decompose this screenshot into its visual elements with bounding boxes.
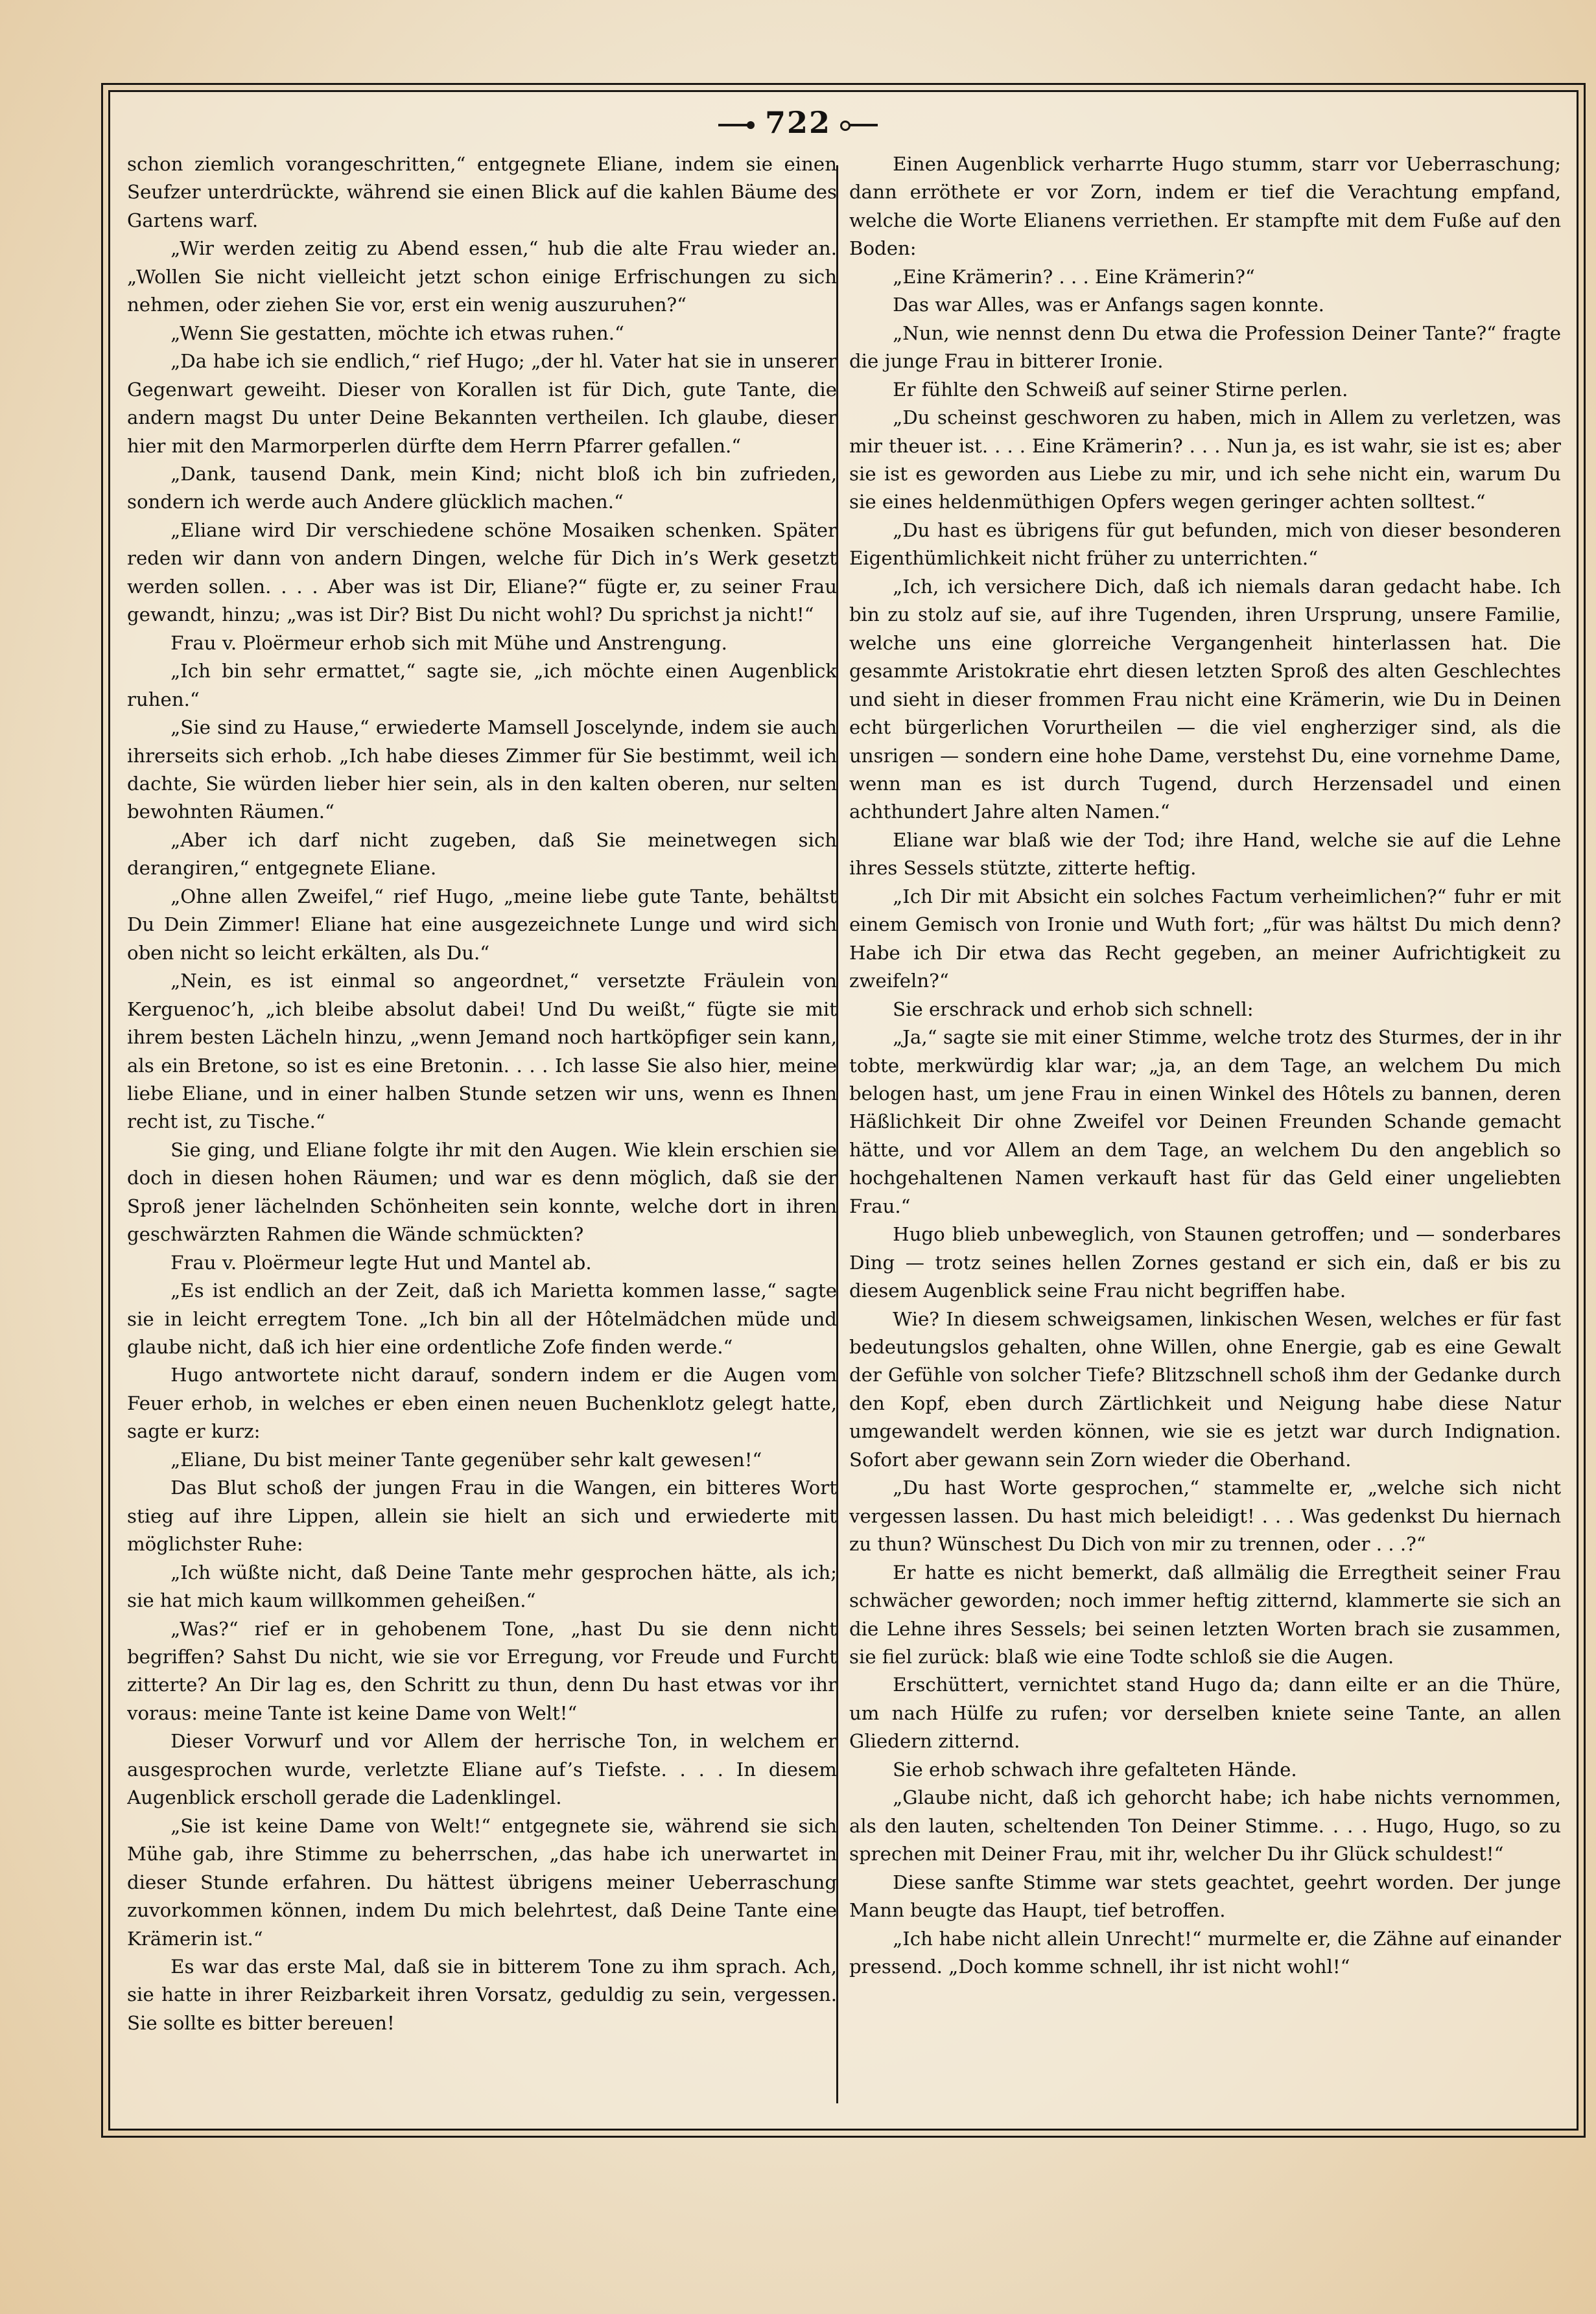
paragraph: Er fühlte den Schweiß auf seiner Stirne … bbox=[849, 376, 1561, 404]
paragraph: „Glaube nicht, daß ich gehorcht habe; ic… bbox=[849, 1784, 1561, 1868]
paragraph: Diese sanfte Stimme war stets geachtet, … bbox=[849, 1869, 1561, 1925]
paragraph: „Da habe ich sie endlich,“ rief Hugo; „d… bbox=[127, 347, 837, 460]
paragraph: Hugo blieb unbeweglich, von Staunen getr… bbox=[849, 1221, 1561, 1305]
paragraph: „Aber ich darf nicht zugeben, daß Sie me… bbox=[127, 826, 837, 883]
paragraph: „Wir werden zeitig zu Abend essen,“ hub … bbox=[127, 235, 837, 319]
paragraph: Es war das erste Mal, daß sie in bittere… bbox=[127, 1953, 837, 2037]
paragraph: „Nun, wie nennst denn Du etwa die Profes… bbox=[849, 320, 1561, 376]
paragraph: „Ohne allen Zweifel,“ rief Hugo, „meine … bbox=[127, 883, 837, 967]
paragraph: „Nein, es ist einmal so angeordnet,“ ver… bbox=[127, 967, 837, 1136]
paragraph: „Eliane, Du bist meiner Tante gegenüber … bbox=[127, 1446, 837, 1474]
paragraph: „Ich habe nicht allein Unrecht!“ murmelt… bbox=[849, 1925, 1561, 1981]
paragraph: „Ich bin sehr ermattet,“ sagte sie, „ich… bbox=[127, 657, 837, 714]
text-column-left: schon ziemlich vorangeschritten,“ entgeg… bbox=[127, 150, 837, 2095]
paragraph: „Was?“ rief er in gehobenem Tone, „hast … bbox=[127, 1615, 837, 1728]
paragraph: „Wenn Sie gestatten, möchte ich etwas ru… bbox=[127, 320, 837, 347]
text-column-right: Einen Augenblick verharrte Hugo stumm, s… bbox=[849, 150, 1561, 2095]
paragraph: Eliane war blaß wie der Tod; ihre Hand, … bbox=[849, 826, 1561, 883]
paragraph: Er hatte es nicht bemerkt, daß allmälig … bbox=[849, 1559, 1561, 1672]
ornament-dash-left-icon bbox=[718, 124, 751, 126]
paragraph: Sie erschrack und erhob sich schnell: bbox=[849, 996, 1561, 1023]
paragraph: „Ich, ich versichere Dich, daß ich niema… bbox=[849, 573, 1561, 826]
paragraph: „Ich Dir mit Absicht ein solches Factum … bbox=[849, 883, 1561, 996]
paragraph: „Es ist endlich an der Zeit, daß ich Mar… bbox=[127, 1277, 837, 1361]
paragraph: Sie erhob schwach ihre gefalteten Hände. bbox=[849, 1756, 1561, 1784]
paragraph: schon ziemlich vorangeschritten,“ entgeg… bbox=[127, 150, 837, 235]
paragraph: Frau v. Ploërmeur erhob sich mit Mühe un… bbox=[127, 629, 837, 657]
paragraph: „Sie sind zu Hause,“ erwiederte Mamsell … bbox=[127, 714, 837, 826]
paragraph: „Ja,“ sagte sie mit einer Stimme, welche… bbox=[849, 1023, 1561, 1221]
paragraph: Das war Alles, was er Anfangs sagen konn… bbox=[849, 291, 1561, 319]
paragraph: Hugo antwortete nicht darauf, sondern in… bbox=[127, 1361, 837, 1445]
paragraph: Wie? In diesem schweigsamen, linkischen … bbox=[849, 1305, 1561, 1475]
paragraph: Sie ging, und Eliane folgte ihr mit den … bbox=[127, 1136, 837, 1249]
paragraph: Dieser Vorwurf und vor Allem der herrisc… bbox=[127, 1727, 837, 1812]
paragraph: „Eine Krämerin? . . . Eine Krämerin?“ bbox=[849, 263, 1561, 291]
paragraph: „Ich wüßte nicht, daß Deine Tante mehr g… bbox=[127, 1559, 837, 1615]
paragraph: „Du hast Worte gesprochen,“ stammelte er… bbox=[849, 1474, 1561, 1558]
paragraph: Erschüttert, vernichtet stand Hugo da; d… bbox=[849, 1671, 1561, 1755]
page-number-text: 722 bbox=[765, 105, 831, 140]
paragraph: „Du scheinst geschworen zu haben, mich i… bbox=[849, 404, 1561, 517]
paragraph: „Eliane wird Dir verschiedene schöne Mos… bbox=[127, 517, 837, 629]
paragraph: Frau v. Ploërmeur legte Hut und Mantel a… bbox=[127, 1249, 837, 1277]
page-number: 722 bbox=[0, 105, 1596, 140]
paragraph: „Dank, tausend Dank, mein Kind; nicht bl… bbox=[127, 460, 837, 517]
paragraph: Einen Augenblick verharrte Hugo stumm, s… bbox=[849, 150, 1561, 263]
paragraph: „Du hast es übrigens für gut befunden, m… bbox=[849, 517, 1561, 573]
paragraph: „Sie ist keine Dame von Welt!“ entgegnet… bbox=[127, 1812, 837, 1953]
ornament-dash-right-icon bbox=[845, 124, 878, 126]
paragraph: Das Blut schoß der jungen Frau in die Wa… bbox=[127, 1474, 837, 1558]
